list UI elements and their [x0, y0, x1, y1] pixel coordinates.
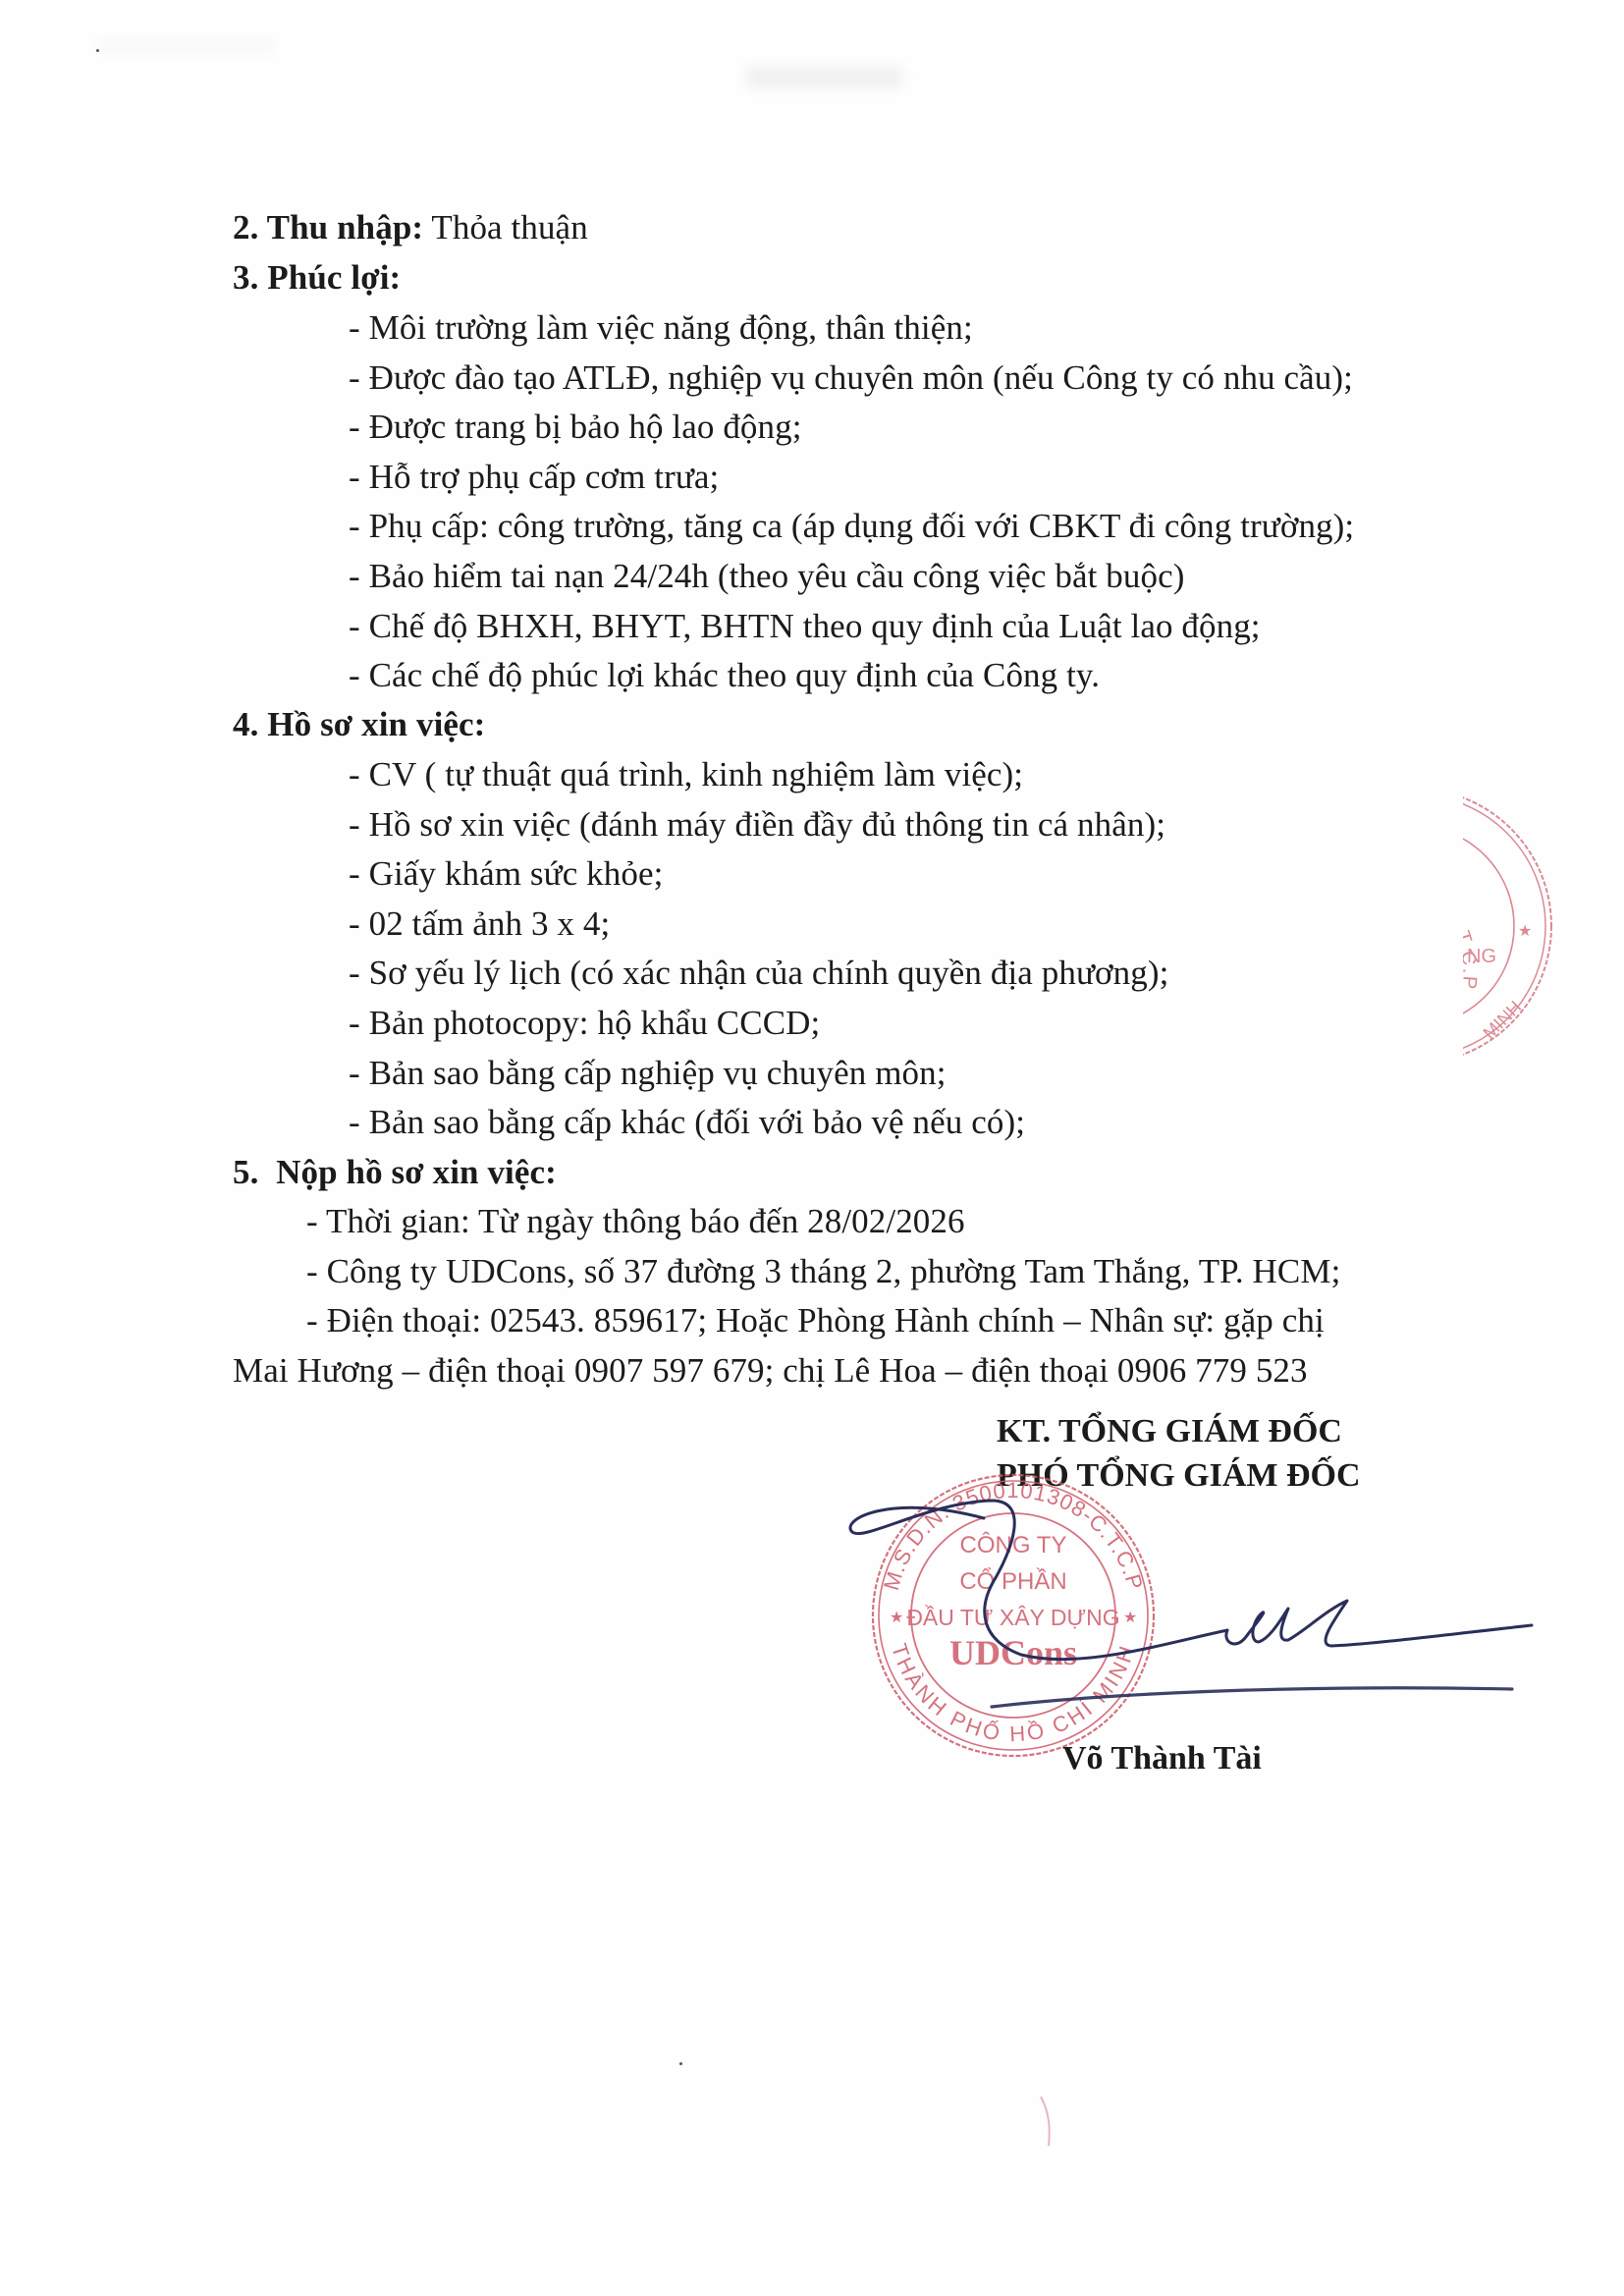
signer-name: Võ Thành Tài	[1062, 1742, 1262, 1776]
edge-seal-partial: 308-C.T.C.P ★ NG MINH	[1463, 791, 1561, 1066]
document-page: 2. Thu nhập: Thỏa thuận 3. Phúc lợi: - M…	[0, 0, 1624, 2296]
handwritten-signature	[0, 0, 1624, 2296]
edge-seal-ring-bottom: MINH	[1480, 997, 1526, 1043]
scan-mark	[1031, 2092, 1070, 2151]
edge-seal-inner-fragment: NG	[1467, 946, 1496, 967]
edge-seal-star: ★	[1518, 923, 1532, 940]
